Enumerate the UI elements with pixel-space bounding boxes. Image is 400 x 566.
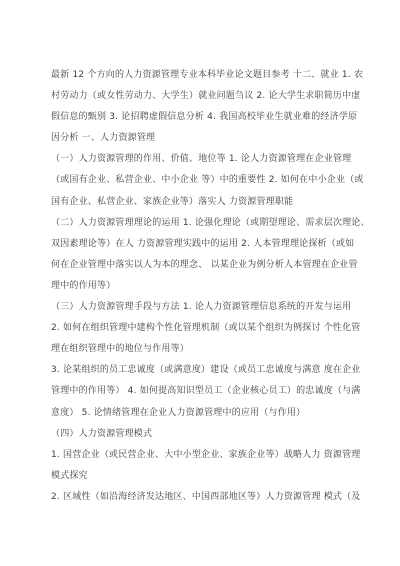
text-line: 3. 论某组织的员工忠诚度（或满意度）建设（或员工忠诚度与满意 度在企业 xyxy=(51,360,353,381)
text-line: 意度） 5. 论情绪管理在企业人力资源管理中的应用（与作用） xyxy=(51,403,353,424)
text-line: 2. 区域性（如沿海经济发达地区、中国西部地区等）人力资源管理 模式（及 xyxy=(51,487,353,508)
text-line: （或国有企业、私营企业、中小企业 等）中的重要性 2. 如何在中小企业（或 xyxy=(51,170,353,191)
text-line: 村劳动力（或女性劳动力、大学生）就业问题刍议 2. 论大学生求职简历中虚 xyxy=(51,86,353,107)
text-line: （二）人力资源管理理论的运用 1. 论强化理论（或期望理论、需求层次理论、 xyxy=(51,213,353,234)
text-line: 理中的作用等） xyxy=(51,276,353,297)
text-line: 管理中的作用等） 4. 如何提高知识型员工（企业核心员工）的忠诚度（与满 xyxy=(51,381,353,402)
text-line: 因分析 一、人力资源管理 xyxy=(51,128,353,149)
text-line: 国有企业、私营企业、家族企业等）落实人 力资源管理职能 xyxy=(51,192,353,213)
text-line: 理在组织管理中的地位与作用等） xyxy=(51,339,353,360)
document-text: 最新 12 个方向的人力资源管理专业本科毕业论文题目参考 十二、就业 1. 农村… xyxy=(51,65,353,508)
text-line: （一）人力资源管理的作用、价值、地位等 1. 论人力资源管理在企业管理 xyxy=(51,149,353,170)
text-line: 最新 12 个方向的人力资源管理专业本科毕业论文题目参考 十二、就业 1. 农 xyxy=(51,65,353,86)
text-line: 1. 国营企业（或民营企业、大中小型企业、家族企业等）战略人力 资源管理 xyxy=(51,445,353,466)
text-line: 模式探究 xyxy=(51,466,353,487)
text-line: （三）人力资源管理手段与方法 1. 论人力资源管理信息系统的开发与运用 xyxy=(51,297,353,318)
document-page: 最新 12 个方向的人力资源管理专业本科毕业论文题目参考 十二、就业 1. 农村… xyxy=(0,0,400,566)
text-line: 假信息的甄别 3. 论招聘虚假信息分析 4. 我国高校毕业生就业难的经济学原 xyxy=(51,107,353,128)
text-line: 2. 如何在组织管理中建构个性化管理机制（或以某个组织为例探讨 个性化管 xyxy=(51,318,353,339)
text-line: 双因素理论等）在人 力资源管理实践中的运用 2. 人本管理理论探析（或如 xyxy=(51,234,353,255)
text-line: 何在企业管理中落实以人为本的理念、 以某企业为例分析人本管理在企业管 xyxy=(51,255,353,276)
text-line: （四）人力资源管理模式 xyxy=(51,424,353,445)
